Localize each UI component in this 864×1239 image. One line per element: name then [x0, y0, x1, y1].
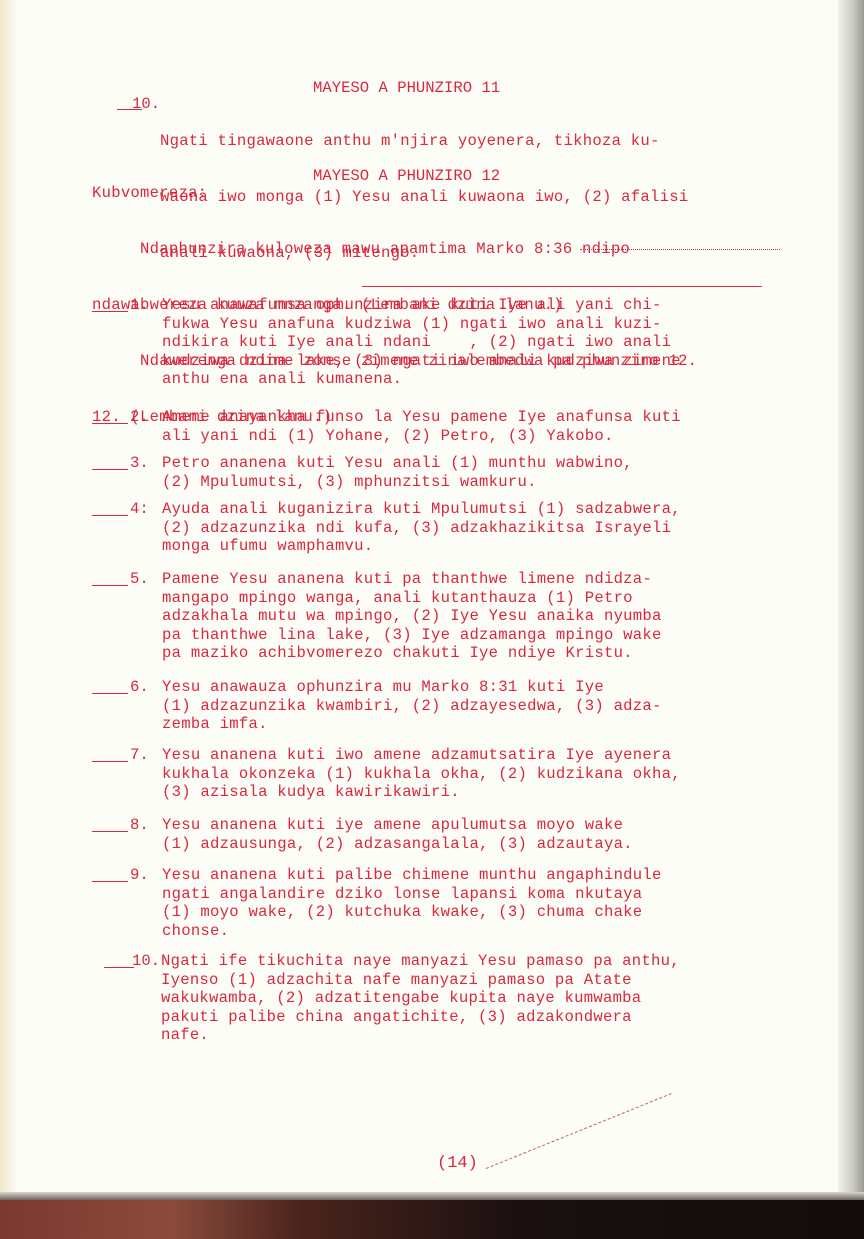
question-line: Ngati ife tikuchita naye manyazi Yesu pa…	[161, 952, 680, 971]
question-number: 8.	[130, 816, 149, 835]
answer-blank[interactable]	[104, 967, 134, 968]
question-text: Yesu anawauza ophunzira mu Marko 8:31 ku…	[162, 678, 662, 734]
answer-blank[interactable]	[92, 311, 128, 312]
page-bottom-edge	[0, 1192, 864, 1200]
page-right-edge	[838, 0, 864, 1200]
question-text: Yesu ananena kuti iwo amene adzamutsatir…	[162, 746, 681, 802]
question-line: pakuti palibe china angatichite, (3) adz…	[161, 1008, 680, 1027]
question-text: Amene anayankha funso la Yesu pamene Iye…	[162, 408, 681, 445]
question-line: Yesu anawafunsa ophunzira ake kuti Iye a…	[162, 296, 681, 315]
question-line: Yesu anawauza ophunzira mu Marko 8:31 ku…	[162, 678, 662, 697]
question-line: (1) moyo wake, (2) kutchuka kwake, (3) c…	[162, 903, 662, 922]
answer-blank[interactable]	[92, 831, 128, 832]
question-text: Ngati ife tikuchita naye manyazi Yesu pa…	[161, 952, 680, 1045]
question-line: (2) adzazunzika ndi kufa, (3) adzakhazik…	[162, 519, 681, 538]
question-line: ngati angalandire dziko lonse lapansi ko…	[162, 885, 662, 904]
question-line: pa maziko achibvomerezo chakuti Iye ndiy…	[162, 644, 662, 663]
question-line: Yesu ananena kuti iye amene apulumutsa m…	[162, 816, 633, 835]
question-text: Yesu anawafunsa ophunzira ake kuti Iye a…	[162, 296, 681, 389]
question-number: 1.	[130, 296, 149, 315]
question-number: 10.	[132, 952, 160, 971]
question-number: 4:	[130, 500, 149, 519]
question-text: Pamene Yesu ananena kuti pa thanthwe lim…	[162, 570, 662, 663]
question-line: Petro ananena kuti Yesu anali (1) munthu…	[162, 454, 633, 473]
answer-blank[interactable]	[92, 423, 128, 424]
pencil-mark	[486, 1093, 672, 1169]
page-number: (14)	[437, 1154, 478, 1173]
answer-blank[interactable]	[92, 761, 128, 762]
question-line: kukhala okonzeka (1) kukhala okha, (2) k…	[162, 765, 681, 784]
question-line: (2) Mpulumutsi, (3) mphunzitsi wamkuru.	[162, 473, 633, 492]
question-line: (3) azisala kudya kawirikawiri.	[162, 783, 681, 802]
question-line: monga ufumu wamphamvu.	[162, 537, 681, 556]
question-text: Yesu ananena kuti iye amene apulumutsa m…	[162, 816, 633, 853]
answer-blank[interactable]	[92, 469, 128, 470]
question-line: zemba imfa.	[162, 715, 662, 734]
question-line: Iyenso (1) adzachita nafe manyazi pamaso…	[161, 971, 680, 990]
question-line: nafe.	[161, 1026, 680, 1045]
question-number: 6.	[130, 678, 149, 697]
section-12-heading: MAYESO A PHUNZIRO 12	[313, 167, 500, 185]
answer-blank[interactable]	[92, 881, 128, 882]
question-line: Pamene Yesu ananena kuti pa thanthwe lim…	[162, 570, 662, 589]
question-number: 3.	[130, 454, 149, 473]
question-number: 9.	[130, 866, 149, 885]
question-number: 5.	[130, 570, 149, 589]
question-line: pa thanthwe lina lake, (3) Iye adzamanga…	[162, 626, 662, 645]
question-line: (1) adzausunga, (2) adzasangalala, (3) a…	[162, 835, 633, 854]
answer-blank[interactable]	[92, 585, 128, 586]
question-line: Ngati tingawaone anthu m'njira yoyenera,…	[160, 132, 688, 151]
question-line: adzakhala mutu wa mpingo, (2) Iye Yesu a…	[162, 607, 662, 626]
question-number: 7.	[130, 746, 149, 765]
signature-line-1[interactable]	[580, 249, 780, 250]
question-line: Amene anayankha funso la Yesu pamene Iye…	[162, 408, 681, 427]
question-line: (1) adzazunzika kwambiri, (2) adzayesedw…	[162, 697, 662, 716]
intro-label: Kubvomereza:	[92, 184, 207, 203]
signature-line-2[interactable]	[362, 286, 762, 287]
document-page: MAYESO A PHUNZIRO 11 10. Ngati tingawaon…	[0, 0, 853, 1196]
scan-backdrop	[0, 1200, 864, 1239]
question-number: 10.	[132, 95, 160, 114]
question-text: Yesu ananena kuti palibe chimene munthu …	[162, 866, 662, 940]
question-line: Yesu ananena kuti iwo amene adzamutsatir…	[162, 746, 681, 765]
question-line: Yesu ananena kuti palibe chimene munthu …	[162, 866, 662, 885]
question-number: 2.	[130, 408, 149, 427]
page-left-edge	[0, 0, 18, 1196]
question-line: Ayuda anali kuganizira kuti Mpulumutsi (…	[162, 500, 681, 519]
answer-blank[interactable]	[92, 515, 128, 516]
question-text: Ayuda anali kuganizira kuti Mpulumutsi (…	[162, 500, 681, 556]
answer-blank[interactable]	[92, 693, 128, 694]
question-line: fukwa Yesu anafuna kudziwa (1) ngati iwo…	[162, 315, 681, 334]
question-line: chonse.	[162, 922, 662, 941]
question-line: anthu ena anali kumanena.	[162, 370, 681, 389]
question-line: wakukwamba, (2) adzatitengabe kupita nay…	[161, 989, 680, 1008]
question-line: ali yani ndi (1) Yohane, (2) Petro, (3) …	[162, 427, 681, 446]
question-line: kudziwa dzina lake, (3) ngati iwo anali …	[162, 352, 681, 371]
question-line: ndikira kuti Iye anali ndani , (2) ngati…	[162, 333, 681, 352]
question-text: Petro ananena kuti Yesu anali (1) munthu…	[162, 454, 633, 491]
question-line: mangapo mpingo wanga, anali kutanthauza …	[162, 589, 662, 608]
